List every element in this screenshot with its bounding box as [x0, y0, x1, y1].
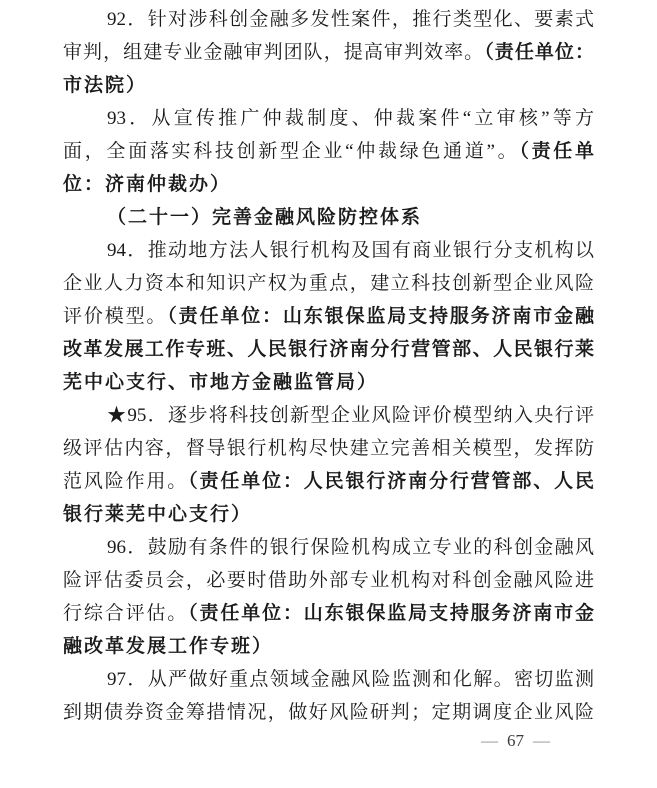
- document-line: 到期债券资金筹措情况，做好风险研判；定期调度企业风险: [63, 696, 594, 729]
- responsible-unit-text: （责任单位：人民银行济南分行营管部、人民: [188, 471, 594, 492]
- body-text: 评价模型。: [63, 306, 167, 327]
- document-line: ★95．逐步将科技创新型企业风险评价模型纳入央行评: [63, 399, 594, 432]
- body-text: 企业人力资本和知识产权为重点，建立科技创新型企业风险: [63, 273, 594, 294]
- document-line: 企业人力资本和知识产权为重点，建立科技创新型企业风险: [63, 267, 594, 300]
- responsible-unit-text: （责任单: [519, 141, 594, 162]
- responsible-unit-text: 融改革发展工作专班）: [63, 636, 273, 657]
- body-text: 96．鼓励有条件的银行保险机构成立专业的科创金融风: [107, 537, 594, 558]
- document-line: 市法院）: [63, 69, 594, 102]
- body-text: 范风险作用。: [63, 471, 188, 492]
- body-text: 93．从宣传推广仲裁制度、仲裁案件“立审核”等方: [107, 108, 594, 129]
- responsible-unit-text: 市法院）: [63, 75, 147, 96]
- document-line: 改革发展工作专班、人民银行济南分行营管部、人民银行莱: [63, 333, 594, 366]
- body-text: 审判，组建专业金融审判团队，提高审判效率。: [63, 42, 484, 63]
- responsible-unit-text: （责任单位：: [484, 42, 594, 63]
- document-line: 行综合评估。（责任单位：山东银保监局支持服务济南市金: [63, 597, 594, 630]
- body-text: 级评估内容，督导银行机构尽快建立完善相关模型，发挥防: [63, 438, 594, 459]
- body-text: 到期债券资金筹措情况，做好风险研判；定期调度企业风险: [63, 702, 594, 723]
- document-line: 96．鼓励有条件的银行保险机构成立专业的科创金融风: [63, 531, 594, 564]
- body-text: 94．推动地方法人银行机构及国有商业银行分支机构以: [107, 240, 594, 261]
- page-number-dash-right: —: [533, 731, 550, 750]
- document-line: 94．推动地方法人银行机构及国有商业银行分支机构以: [63, 234, 594, 267]
- body-text: 面，全面落实科技创新型企业“仲裁绿色通道”。: [63, 141, 519, 162]
- document-line: 面，全面落实科技创新型企业“仲裁绿色通道”。（责任单: [63, 135, 594, 168]
- document-line: 范风险作用。（责任单位：人民银行济南分行营管部、人民: [63, 465, 594, 498]
- page-number-value: 67: [507, 731, 524, 750]
- body-text: 险评估委员会，必要时借助外部专业机构对科创金融风险进: [63, 570, 594, 591]
- document-line: 位：济南仲裁办）: [63, 168, 594, 201]
- document-page: 92．针对涉科创金融多发性案件，推行类型化、要素式审判，组建专业金融审判团队，提…: [0, 0, 657, 788]
- responsible-unit-text: （二十一）完善金融风险防控体系: [107, 207, 422, 228]
- responsible-unit-text: 芜中心支行、市地方金融监管局）: [63, 372, 378, 393]
- body-text: ★95．逐步将科技创新型企业风险评价模型纳入央行评: [107, 405, 594, 426]
- document-line: 融改革发展工作专班）: [63, 630, 594, 663]
- page-number-dash-left: —: [481, 731, 498, 750]
- responsible-unit-text: （责任单位：山东银保监局支持服务济南市金融: [167, 306, 594, 327]
- document-line: 93．从宣传推广仲裁制度、仲裁案件“立审核”等方: [63, 102, 594, 135]
- document-line: 险评估委员会，必要时借助外部专业机构对科创金融风险进: [63, 564, 594, 597]
- document-line: 97．从严做好重点领域金融风险监测和化解。密切监测: [63, 663, 594, 696]
- document-line: 评价模型。（责任单位：山东银保监局支持服务济南市金融: [63, 300, 594, 333]
- responsible-unit-text: 改革发展工作专班、人民银行济南分行营管部、人民银行莱: [63, 339, 594, 360]
- body-text: 97．从严做好重点领域金融风险监测和化解。密切监测: [107, 669, 594, 690]
- document-line: 审判，组建专业金融审判团队，提高审判效率。（责任单位：: [63, 36, 594, 69]
- document-body: 92．针对涉科创金融多发性案件，推行类型化、要素式审判，组建专业金融审判团队，提…: [63, 3, 594, 729]
- section-heading-line: （二十一）完善金融风险防控体系: [63, 201, 594, 234]
- responsible-unit-text: 位：济南仲裁办）: [63, 174, 231, 195]
- body-text: 92．针对涉科创金融多发性案件，推行类型化、要素式: [107, 9, 594, 30]
- document-line: 92．针对涉科创金融多发性案件，推行类型化、要素式: [63, 3, 594, 36]
- page-number: —67—: [472, 729, 559, 753]
- document-line: 芜中心支行、市地方金融监管局）: [63, 366, 594, 399]
- responsible-unit-text: （责任单位：山东银保监局支持服务济南市金: [188, 603, 594, 624]
- document-line: 银行莱芜中心支行）: [63, 498, 594, 531]
- responsible-unit-text: 银行莱芜中心支行）: [63, 504, 252, 525]
- body-text: 行综合评估。: [63, 603, 188, 624]
- document-line: 级评估内容，督导银行机构尽快建立完善相关模型，发挥防: [63, 432, 594, 465]
